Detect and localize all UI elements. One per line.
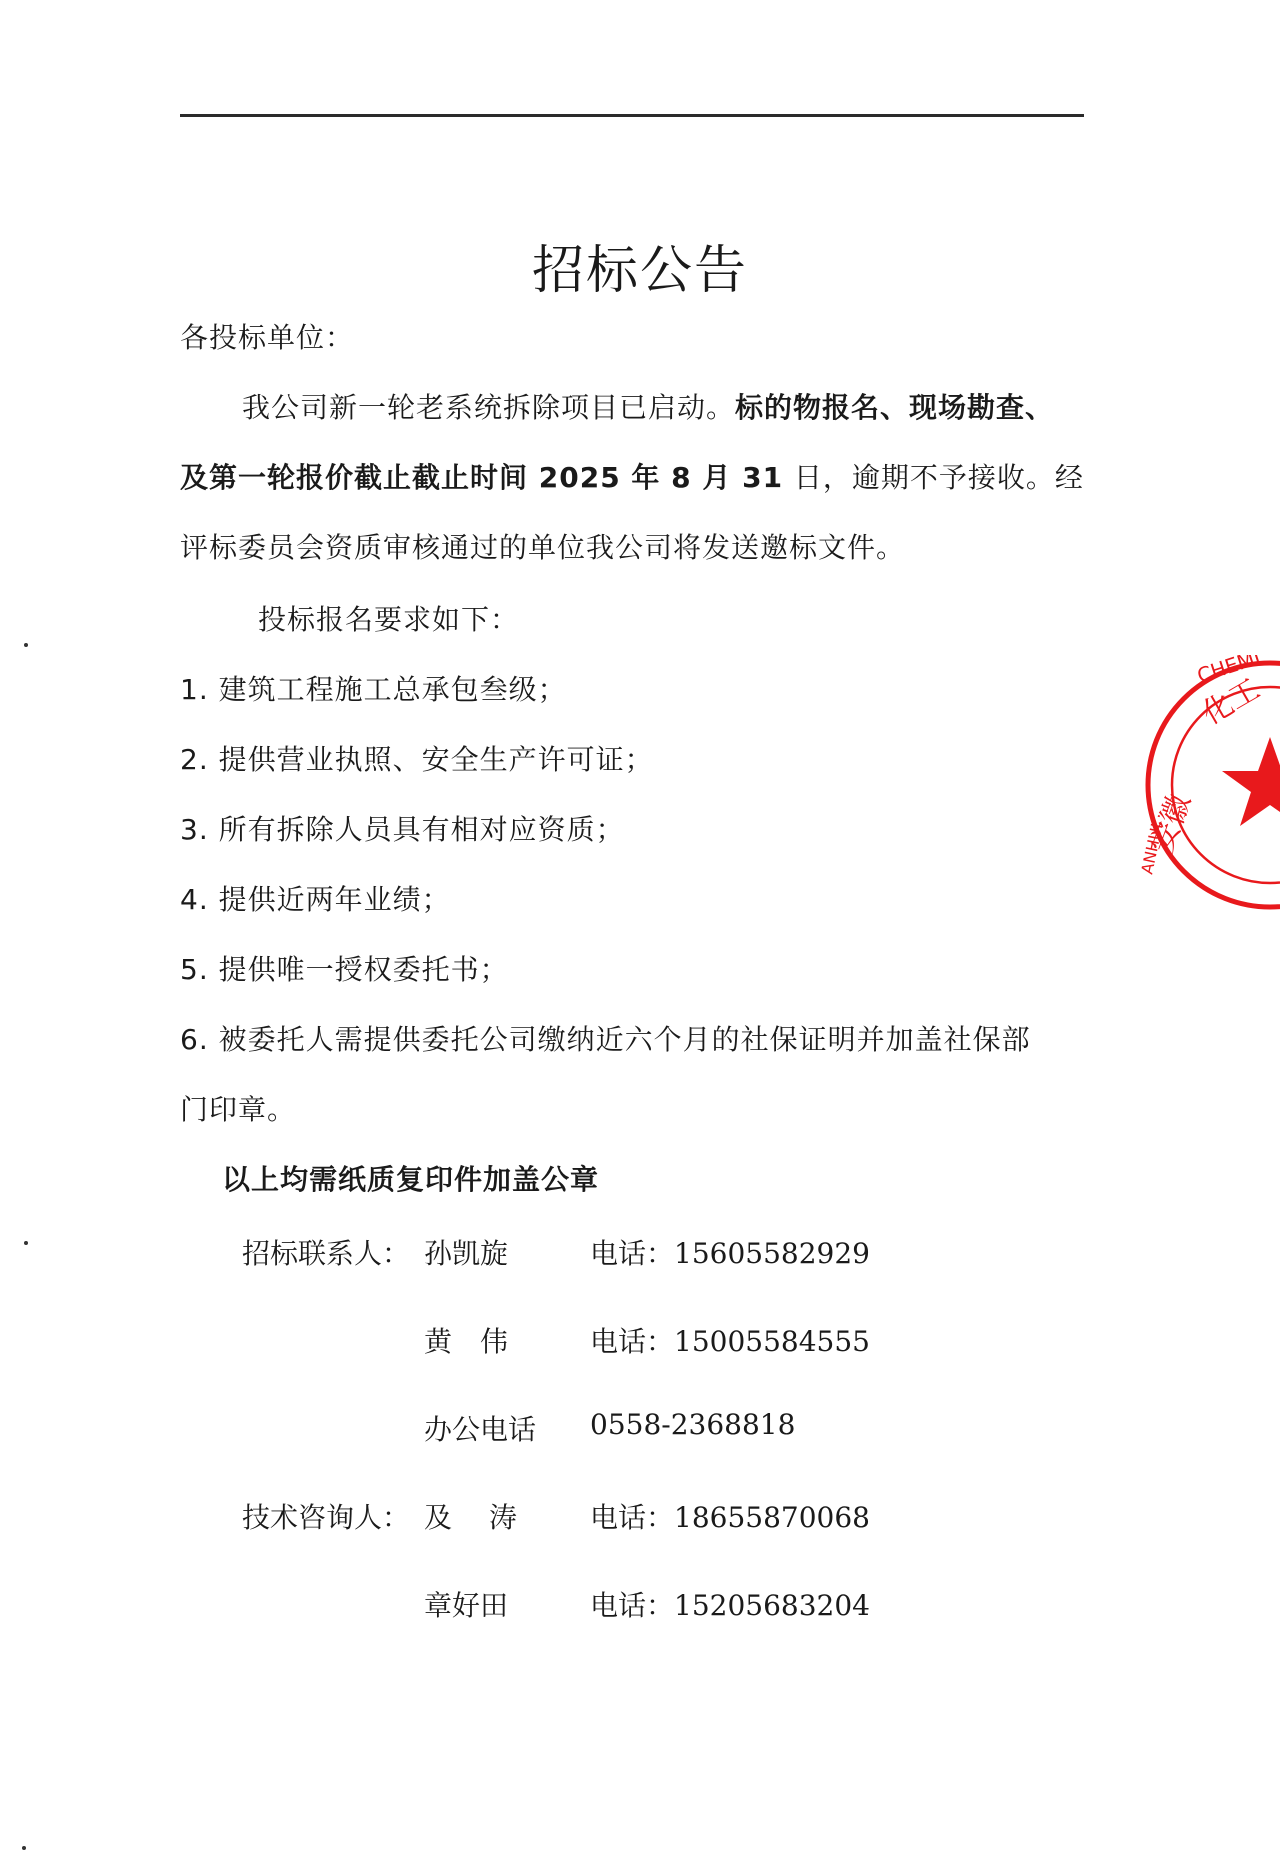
contact-name: 黄 伟 <box>424 1320 508 1360</box>
contact-name: 办公电话 <box>424 1408 536 1448</box>
requirement-item: 5. 提供唯一授权委托书； <box>180 948 509 988</box>
office-phone: 0558-2368818 <box>590 1408 795 1441</box>
contact-phone: 电话：15205683204 <box>590 1584 870 1624</box>
header-rule <box>180 114 1084 117</box>
stamp-requirement-note: 以上均需纸质复印件加盖公章 <box>222 1158 599 1198</box>
intro-bold-text: 标的物报名、现场勘查、 <box>735 391 1054 424</box>
scan-speck <box>24 643 28 647</box>
contact-name: 孙凯旋 <box>424 1232 508 1272</box>
salutation: 各投标单位： <box>180 316 354 356</box>
contact-label: 招标联系人： <box>242 1232 410 1272</box>
scan-speck <box>24 1241 28 1245</box>
intro-line-2: 及第一轮报价截止截止时间 2025 年 8 月 31 日，逾期不予接收。经 <box>180 456 1084 496</box>
requirement-item: 3. 所有拆除人员具有相对应资质； <box>180 808 625 848</box>
requirement-item: 1. 建筑工程施工总承包叁级； <box>180 668 567 708</box>
intro-line-3: 评标委员会资质审核通过的单位我公司将发送邀标文件。 <box>180 526 905 566</box>
requirement-item: 6. 被委托人需提供委托公司缴纳近六个月的社保证明并加盖社保部 <box>180 1018 1031 1058</box>
contact-phone: 电话：18655870068 <box>590 1496 870 1536</box>
intro-text: 日，逾期不予接收。经 <box>794 461 1084 494</box>
contact-phone: 电话：15005584555 <box>590 1320 870 1360</box>
intro-text: 我公司新一轮老系统拆除项目已启动。 <box>242 391 735 424</box>
contact-name: 及 涛 <box>424 1496 517 1536</box>
star-icon <box>1222 737 1280 826</box>
requirement-item: 4. 提供近两年业绩； <box>180 878 451 918</box>
requirements-heading: 投标报名要求如下： <box>258 598 519 638</box>
requirement-item: 2. 提供营业执照、安全生产许可证； <box>180 738 654 778</box>
contact-phone: 电话：15605582929 <box>590 1232 870 1272</box>
document-title: 招标公告 <box>0 228 1280 303</box>
contact-label: 技术咨询人： <box>242 1496 410 1536</box>
deadline-text: 及第一轮报价截止截止时间 2025 年 8 月 31 <box>180 461 794 494</box>
intro-line-1: 我公司新一轮老系统拆除项目已启动。标的物报名、现场勘查、 <box>242 386 1054 426</box>
requirement-item-continued: 门印章。 <box>180 1088 296 1128</box>
company-seal-stamp: CHEMI 化工 安徽 ANHUI · <box>1140 655 1280 915</box>
scan-speck <box>22 1846 26 1850</box>
contact-name: 章好田 <box>424 1584 508 1624</box>
